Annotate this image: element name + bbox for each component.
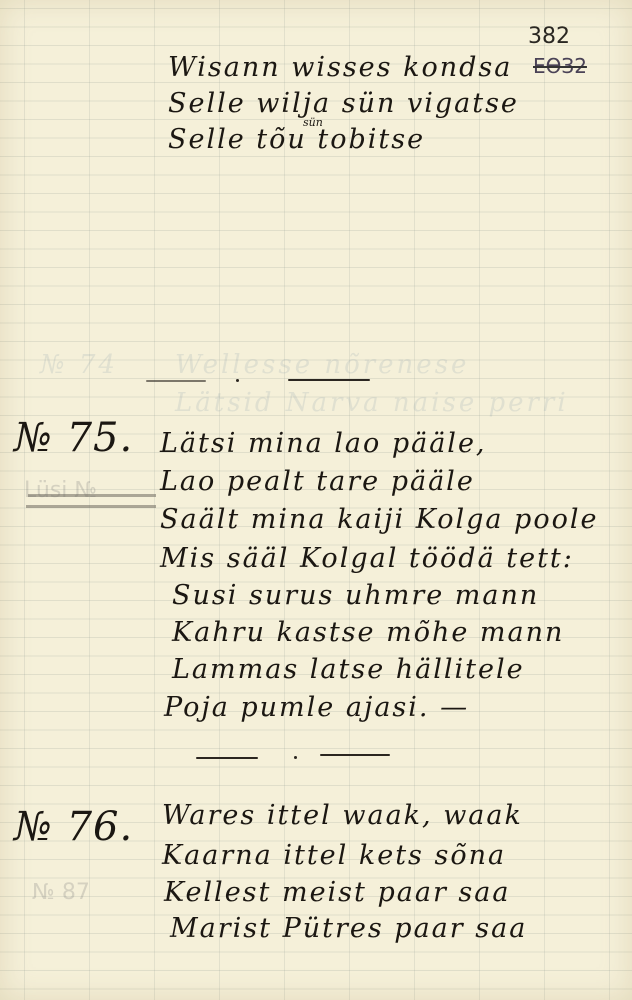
verse-line: Kellest meist paar saa <box>164 877 510 908</box>
verse-line: Susi surus uhmre mann <box>172 580 539 611</box>
verse-line: Saält mina kaiji Kolga poole <box>160 504 598 535</box>
pencil-margin-note: № 87 <box>32 880 90 905</box>
pencil-strikethrough <box>26 505 156 508</box>
verse-line: Selle wilja sün vigatse <box>168 88 519 119</box>
old-page-number-struck: ЕӨЗ2 <box>533 54 587 78</box>
verse-line: Poja pumle ajasi. — <box>164 692 469 723</box>
section-separator <box>288 379 370 381</box>
separator-dot <box>294 756 297 759</box>
pencil-margin-note: Lüsi № <box>24 478 97 503</box>
pencil-strikethrough <box>28 494 156 497</box>
verse-line: Wares ittel waak, waak <box>162 800 523 831</box>
bleed-through-line: Lätsid Narva naise perri <box>175 388 569 418</box>
separator-dot <box>236 379 239 382</box>
song-number: № 75. <box>14 415 133 461</box>
page-number: 382 <box>528 24 570 49</box>
verse-line: Lammas latse hällitele <box>172 654 525 685</box>
verse-line: Kaarna ittel kets sõna <box>162 840 506 871</box>
verse-line: Kahru kastse mõhe mann <box>172 617 564 648</box>
song-number: № 76. <box>14 804 133 850</box>
verse-line: Lao pealt tare pääle <box>160 466 475 497</box>
verse-line: Mis sääl Kolgal töödä tett: <box>160 543 574 574</box>
verse-line: Wisann wisses kondsa <box>168 52 512 83</box>
interlinear-note: sün <box>303 116 323 129</box>
verse-line: Marist Pütres paar saa <box>170 913 527 944</box>
section-separator <box>196 757 258 759</box>
bleed-through-number: № 74 <box>40 350 118 380</box>
bleed-through-line: Wellesse nõrenese <box>175 350 469 380</box>
section-separator <box>146 380 206 382</box>
verse-line: Selle tõu tobitse <box>168 124 425 155</box>
manuscript-page: № 74 Wellesse nõrenese Lätsid Narva nais… <box>0 0 632 1000</box>
section-separator <box>320 754 390 756</box>
verse-line: Lätsi mina lao pääle, <box>160 428 487 459</box>
